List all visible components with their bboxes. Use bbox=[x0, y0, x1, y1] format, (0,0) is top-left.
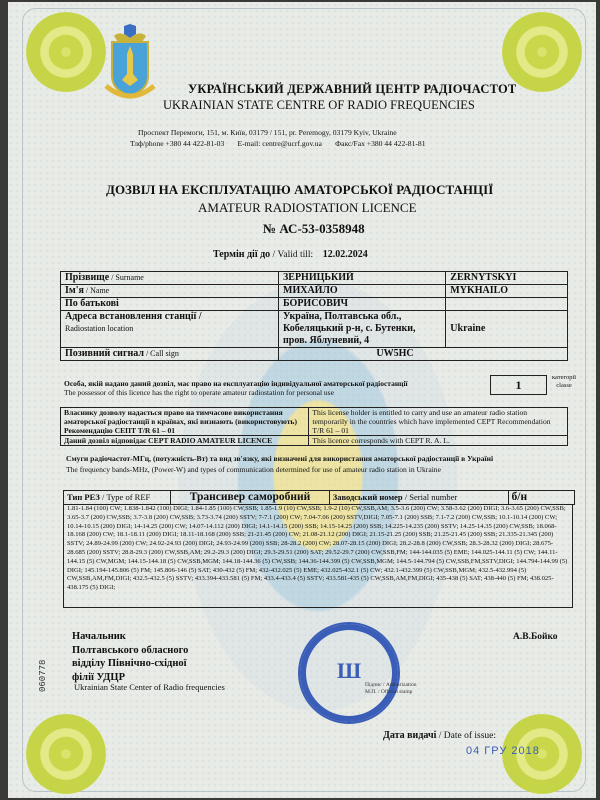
ref-type-label: Тип РЕЗ / Type of REF bbox=[64, 491, 171, 505]
location-ua: Україна, Полтавська обл.,Кобеляцький р-н… bbox=[279, 311, 446, 348]
serial-label: Заводський номер / Serial number bbox=[329, 491, 508, 505]
name-en: MYKHAILO bbox=[446, 285, 568, 298]
location-en: Ukraine bbox=[446, 311, 568, 348]
org-phone: Тлф/phone +380 44 422-81-03 bbox=[130, 139, 224, 148]
bands-heading-ua: Смуги радіочастот-МГц, (потужність-Вт) т… bbox=[66, 454, 493, 463]
cept-correspondence-en: This licence corresponds with CEPT R. A.… bbox=[309, 436, 568, 446]
cept-right-ua: Власнику дозволу надається право на тимч… bbox=[61, 408, 309, 436]
table-row: Тип РЕЗ / Type of REF Трансивер саморобн… bbox=[64, 491, 575, 505]
coat-of-arms-icon bbox=[100, 24, 160, 104]
valid-date: 12.02.2024 bbox=[323, 249, 368, 260]
category-label: категоріїclasse bbox=[552, 374, 576, 390]
patronymic: БОРИСОВИЧ bbox=[279, 298, 446, 311]
document-title-en: AMATEUR RADIOSTATION LICENCE bbox=[198, 200, 417, 216]
serial-number: б/н bbox=[508, 491, 574, 505]
document-title-ua: ДОЗВІЛ НА ЕКСПЛУАТАЦІЮ АМАТОРСЬКОЇ РАДІО… bbox=[106, 182, 493, 198]
org-name-ua: УКРАЇНСЬКИЙ ДЕРЖАВНИЙ ЦЕНТР РАДІОЧАСТОТ bbox=[188, 82, 516, 97]
signer-name: А.В.Бойко bbox=[513, 632, 558, 642]
frequency-bands-list: 1.81-1.84 (100) CW; 1.838-1.842 (100) DI… bbox=[63, 504, 573, 608]
table-row: По батькові БОРИСОВИЧ bbox=[61, 298, 568, 311]
name-label: Ім'я / Name bbox=[61, 285, 279, 298]
callsign-label: Позивний сигнал / Call sign bbox=[61, 348, 279, 361]
org-fax: Факс/Fax +380 44 422-81-81 bbox=[335, 139, 425, 148]
table-row: Даний дозвіл відповідає CEPT RADIO AMATE… bbox=[61, 436, 568, 446]
org-email: E-mail: centre@ucrf.gov.ua bbox=[238, 139, 322, 148]
patronymic-label: По батькові bbox=[61, 298, 279, 311]
surname-ua: ЗЕРНИЦЬКИЙ bbox=[279, 272, 446, 285]
org-address: Проспект Перемоги, 151, м. Київ, 03179 /… bbox=[138, 128, 397, 137]
rosette-icon bbox=[502, 12, 582, 92]
org-contacts: Тлф/phone +380 44 422-81-03 E-mail: cent… bbox=[130, 139, 426, 148]
rosette-icon bbox=[26, 714, 106, 794]
licence-document: УКРАЇНСЬКИЙ ДЕРЖАВНИЙ ЦЕНТР РАДІОЧАСТОТ … bbox=[8, 2, 596, 798]
possessor-statement: Особа, якій надано даний дозвіл, має пра… bbox=[64, 379, 408, 397]
cept-right-en: This license holder is entitled to carry… bbox=[309, 408, 568, 436]
callsign: UW5HC bbox=[279, 348, 568, 361]
table-row: Прізвище / Surname ЗЕРНИЦЬКИЙ ZERNYTSKYI bbox=[61, 272, 568, 285]
valid-label-ua: Термін дії до bbox=[213, 249, 270, 260]
valid-label-en: / Valid till: bbox=[270, 250, 313, 260]
valid-till: Термін дії до / Valid till: 12.02.2024 bbox=[213, 249, 368, 260]
surname-en: ZERNYTSKYI bbox=[446, 272, 568, 285]
stamp-label: Підпис / AuthorizationМ.П. / Official st… bbox=[365, 682, 416, 696]
table-row: Адреса встановлення станції /Radiostatio… bbox=[61, 311, 568, 348]
name-ua: МИХАЙЛО bbox=[279, 285, 446, 298]
table-row: Позивний сигнал / Call sign UW5HC bbox=[61, 348, 568, 361]
issue-date: 04 ГРУ 2018 bbox=[466, 745, 540, 757]
org-name-en: UKRAINIAN STATE CENTRE OF RADIO FREQUENC… bbox=[163, 98, 475, 113]
cept-correspondence-ua: Даний дозвіл відповідає CEPT RADIO AMATE… bbox=[61, 436, 309, 446]
empty-cell bbox=[446, 298, 568, 311]
form-serial: 060778 bbox=[38, 660, 48, 692]
issue-date-label: Дата видачі / Date of issue: bbox=[383, 730, 496, 741]
category-value: 1 bbox=[490, 375, 547, 395]
surname-label: Прізвище / Surname bbox=[61, 272, 279, 285]
equipment-table: Тип РЕЗ / Type of REF Трансивер саморобн… bbox=[63, 490, 575, 505]
rosette-icon bbox=[26, 12, 106, 92]
location-label: Адреса встановлення станції /Radiostatio… bbox=[61, 311, 279, 348]
tryzub-icon: Ш bbox=[337, 658, 361, 684]
bands-heading-en: The frequency bands-MHz, (Power-W) and t… bbox=[66, 465, 441, 474]
licence-number: № АС-53-0358948 bbox=[263, 221, 365, 237]
cept-table: Власнику дозволу надається право на тимч… bbox=[60, 407, 568, 446]
ref-type: Трансивер саморобний bbox=[171, 491, 329, 505]
table-row: Власнику дозволу надається право на тимч… bbox=[61, 408, 568, 436]
holder-table: Прізвище / Surname ЗЕРНИЦЬКИЙ ZERNYTSKYI… bbox=[60, 271, 568, 361]
table-row: Ім'я / Name МИХАЙЛО MYKHAILO bbox=[61, 285, 568, 298]
official-seal-icon: Ш bbox=[298, 622, 400, 724]
org-name-footer: Ukrainian State Center of Radio frequenc… bbox=[74, 682, 225, 692]
chief-title: Начальник Полтавського обласного відділу… bbox=[72, 630, 188, 684]
